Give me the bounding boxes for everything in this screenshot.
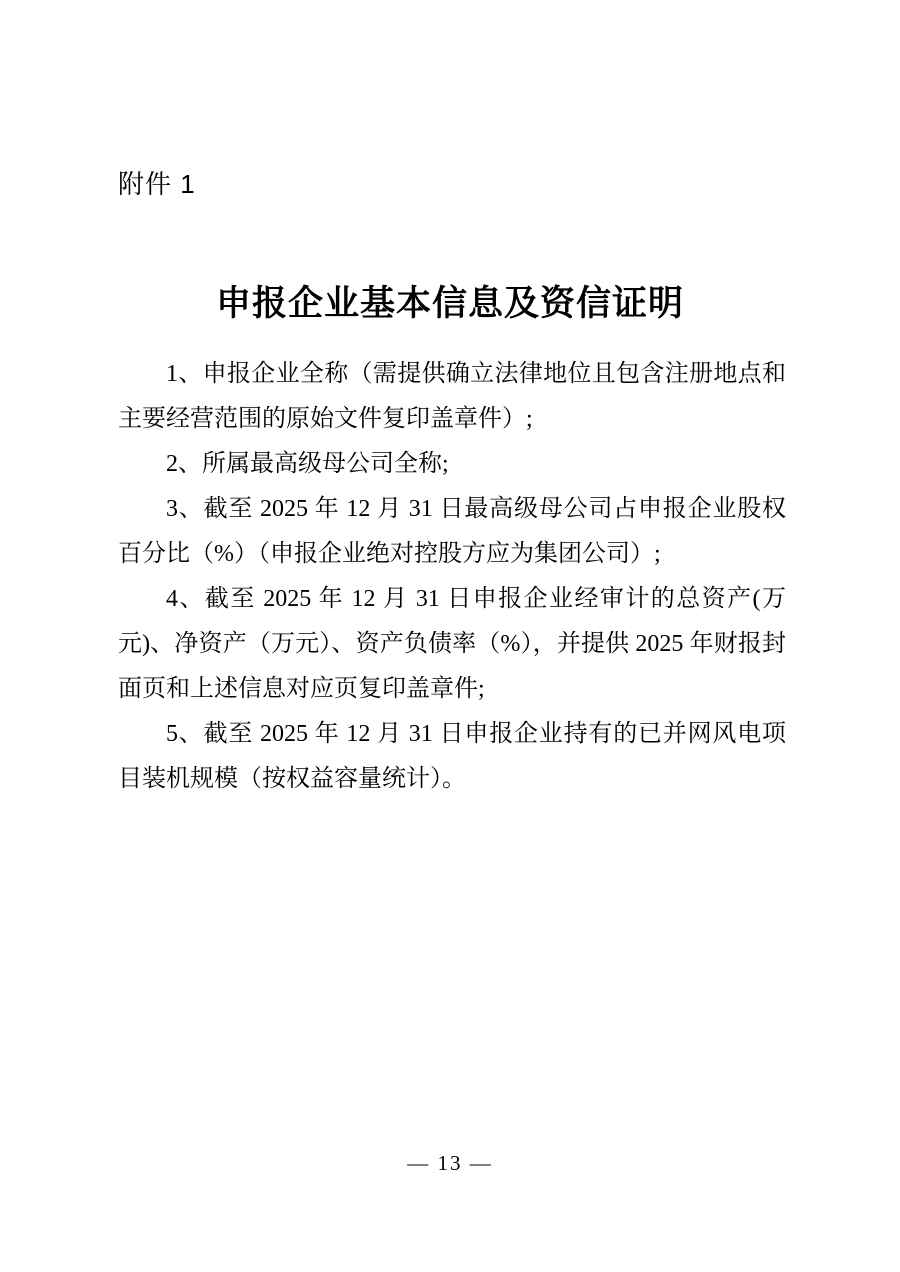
document-page: 附件 1 申报企业基本信息及资信证明 1、申报企业全称（需提供确立法律地位且包含… (0, 0, 900, 1272)
body-paragraph-3: 3、截至 2025 年 12 月 31 日最高级母公司占申报企业股权百分比（%）… (118, 487, 786, 577)
body-paragraph-4: 4、截至 2025 年 12 月 31 日申报企业经审计的总资产(万元)、净资产… (118, 577, 786, 712)
page-number-footer: — 13 — (0, 1151, 900, 1176)
document-body: 1、申报企业全称（需提供确立法律地位且包含注册地点和主要经营范围的原始文件复印盖… (118, 352, 786, 802)
body-paragraph-5: 5、截至 2025 年 12 月 31 日申报企业持有的已并网风电项目装机规模（… (118, 712, 786, 802)
attachment-label: 附件 1 (118, 164, 196, 201)
body-paragraph-1: 1、申报企业全称（需提供确立法律地位且包含注册地点和主要经营范围的原始文件复印盖… (118, 352, 786, 442)
document-title: 申报企业基本信息及资信证明 (0, 276, 900, 326)
body-paragraph-2: 2、所属最高级母公司全称; (118, 442, 786, 487)
